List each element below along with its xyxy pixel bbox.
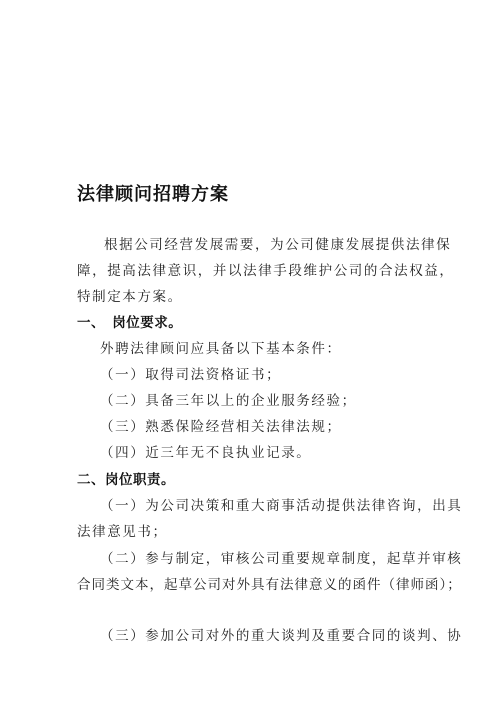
document-title: 法律顾问招聘方案 [77, 180, 229, 206]
requirement-item-1: （一）取得司法资格证书； [100, 366, 281, 384]
section-2-heading: 二、岗位职责。 [77, 471, 175, 489]
requirement-item-4: （四）近三年无不良执业记录。 [100, 444, 311, 462]
duty-line-3: （二）参与制定，审核公司重要规章制度，起草并审核 [100, 550, 462, 568]
intro-line-1: 根据公司经营发展需要，为公司健康发展提供法律保 [104, 236, 451, 254]
intro-line-2: 障，提高法律意识，并以法律手段维护公司的合法权益， [77, 262, 455, 280]
duty-line-1: （一）为公司决策和重大商事活动提供法律咨询，出具 [100, 497, 462, 515]
duty-line-4: 合同类文本，起草公司对外具有法律意义的函件（律师函）； [77, 576, 462, 594]
requirement-item-3: （三）熟悉保险经营相关法律法规； [100, 418, 342, 436]
section-1-lead: 外聘法律顾问应具备以下基本条件： [100, 340, 342, 358]
intro-line-3: 特制定本方案。 [77, 288, 183, 306]
section-1-heading: 一、 岗位要求。 [77, 314, 182, 332]
duty-line-2: 法律意见书； [77, 523, 168, 541]
document-page: 法律顾问招聘方案 根据公司经营发展需要，为公司健康发展提供法律保 障，提高法律意… [0, 0, 500, 707]
duty-line-5: （三）参加公司对外的重大谈判及重要合同的谈判、协 [100, 627, 462, 645]
requirement-item-2: （二）具备三年以上的企业服务经验； [100, 392, 357, 410]
